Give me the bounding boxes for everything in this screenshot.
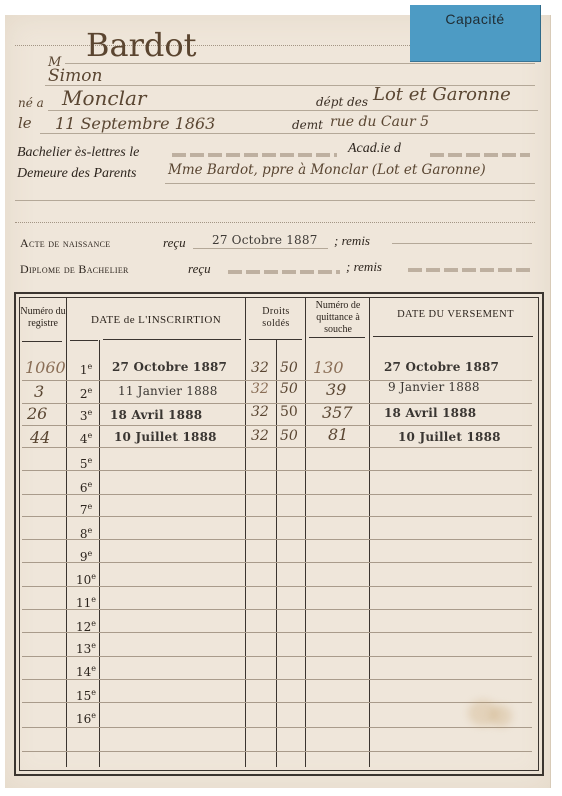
row-line <box>22 679 532 680</box>
academy-label: Acad.ie d <box>348 141 401 157</box>
header-fees-paid: Droits soldés <box>249 306 303 330</box>
birth-cert-line <box>193 248 328 249</box>
fee-cents-cell: 50 <box>280 404 298 420</box>
birthdate-line <box>40 133 535 134</box>
ordinal-cell: 13e <box>66 641 106 656</box>
registry-number-cell: 44 <box>30 428 50 447</box>
row-line <box>22 751 532 752</box>
birth-cert-returned-label: ; remis <box>334 233 370 249</box>
row-line <box>22 403 532 404</box>
header-underline-payment <box>373 336 533 337</box>
birth-date: 11 Septembre 1863 <box>55 114 215 133</box>
ordinal-cell: 1e <box>66 362 106 377</box>
col-sep-fees <box>305 297 306 767</box>
category-tab-label: Capacité <box>410 11 540 27</box>
parents-line <box>165 183 535 184</box>
birth-cert-received-label: reçu <box>163 235 186 251</box>
ordinal-cell: 12e <box>66 619 106 634</box>
residence-label: demt <box>292 118 323 132</box>
col-sep-date <box>245 297 246 767</box>
date-prefix: le <box>18 114 32 132</box>
header-underline-date <box>103 339 241 340</box>
diploma-received-label: reçu <box>188 261 211 277</box>
ordinal-cell: 8e <box>66 526 106 541</box>
registration-date-cell: 27 Octobre 1887 <box>112 360 227 374</box>
ordinal-cell: 14e <box>66 664 106 679</box>
payment-date-cell: 9 Janvier 1888 <box>388 380 480 394</box>
bachelor-blank <box>172 153 337 157</box>
diploma-returned-label: ; remis <box>346 259 382 275</box>
dept-label: dépt des <box>316 95 368 109</box>
col-sep-receipt <box>369 297 370 767</box>
row-line <box>22 447 532 448</box>
registry-number-cell: 3 <box>34 382 44 401</box>
registration-date-cell: 10 Juillet 1888 <box>114 430 217 444</box>
department: Lot et Garonne <box>373 84 511 105</box>
registry-number-cell: 1060 <box>25 358 66 377</box>
birth-cert-returned-line <box>392 243 532 244</box>
section-divider <box>15 222 535 223</box>
fee-cents-cell: 50 <box>280 360 298 376</box>
residence: rue du Caur 5 <box>330 114 429 130</box>
registration-date-cell: 18 Avril 1888 <box>110 408 202 422</box>
diploma-returned-blank <box>408 268 530 272</box>
receipt-number-cell: 130 <box>313 358 344 377</box>
ordinal-cell: 3e <box>66 408 106 423</box>
row-line <box>22 727 532 728</box>
born-at: Monclar <box>62 86 146 110</box>
given-name: Simon <box>48 66 102 86</box>
parents-label: Demeure des Parents <box>17 166 137 182</box>
blank-line <box>15 200 535 201</box>
surname-line <box>65 63 535 64</box>
header-receipt-number: Numéro de quittance à souche <box>307 300 369 336</box>
birth-cert-received-date: 27 Octobre 1887 <box>212 233 318 247</box>
header-registration-date: DATE de L'INSCRIRTION <box>70 314 242 326</box>
header-payment-date: DATE DU VERSEMENT <box>373 309 538 321</box>
payment-date-cell: 10 Juillet 1888 <box>398 430 501 444</box>
paper-stain <box>490 705 512 727</box>
header-registry-number: Numéro du registre <box>20 306 66 330</box>
frame-line <box>15 45 410 46</box>
fee-francs-cell: 32 <box>251 360 269 376</box>
header-underline-ordinal <box>70 340 98 341</box>
registration-date-cell: 11 Janvier 1888 <box>118 384 218 398</box>
diploma-label: Diplome de Bachelier <box>20 262 129 277</box>
bachelor-label: Bachelier ès-lettres le <box>17 145 139 161</box>
ordinal-cell: 5e <box>66 456 106 471</box>
parents-value: Mme Bardot, ppre à Monclar (Lot et Garon… <box>168 162 486 178</box>
ordinal-cell: 6e <box>66 480 106 495</box>
ordinal-cell: 16e <box>66 711 106 726</box>
receipt-number-cell: 81 <box>328 425 348 444</box>
ordinal-cell: 9e <box>66 549 106 564</box>
fee-francs-cell: 32 <box>251 381 269 397</box>
receipt-number-cell: 357 <box>322 403 353 422</box>
receipt-number-cell: 39 <box>326 380 346 399</box>
registry-number-cell: 26 <box>27 404 47 423</box>
ordinal-cell: 7e <box>66 502 106 517</box>
row-line <box>22 425 532 426</box>
ordinal-cell: 4e <box>66 431 106 446</box>
ordinal-cell: 10e <box>66 572 106 587</box>
born-at-label: né a <box>18 96 44 110</box>
header-underline-registry <box>22 341 62 342</box>
academy-blank <box>430 153 530 157</box>
ordinal-cell: 11e <box>66 595 106 610</box>
birthplace-line <box>48 110 538 111</box>
header-underline-fees <box>249 339 302 340</box>
fee-francs-cell: 32 <box>251 428 269 444</box>
payment-date-cell: 27 Octobre 1887 <box>384 360 499 374</box>
surname: Bardot <box>86 26 197 64</box>
row-line <box>22 656 532 657</box>
fee-francs-cell: 32 <box>251 404 269 420</box>
fee-cents-cell: 50 <box>280 428 298 444</box>
header-underline-receipt <box>309 337 365 338</box>
diploma-received-blank <box>228 270 340 274</box>
payment-date-cell: 18 Avril 1888 <box>384 406 476 420</box>
fee-cents-cell: 50 <box>280 381 298 397</box>
category-tab[interactable]: Capacité <box>410 5 541 62</box>
birth-certificate-label: Acte de naissance <box>20 236 110 251</box>
ordinal-cell: 2e <box>66 386 106 401</box>
ordinal-cell: 15e <box>66 688 106 703</box>
